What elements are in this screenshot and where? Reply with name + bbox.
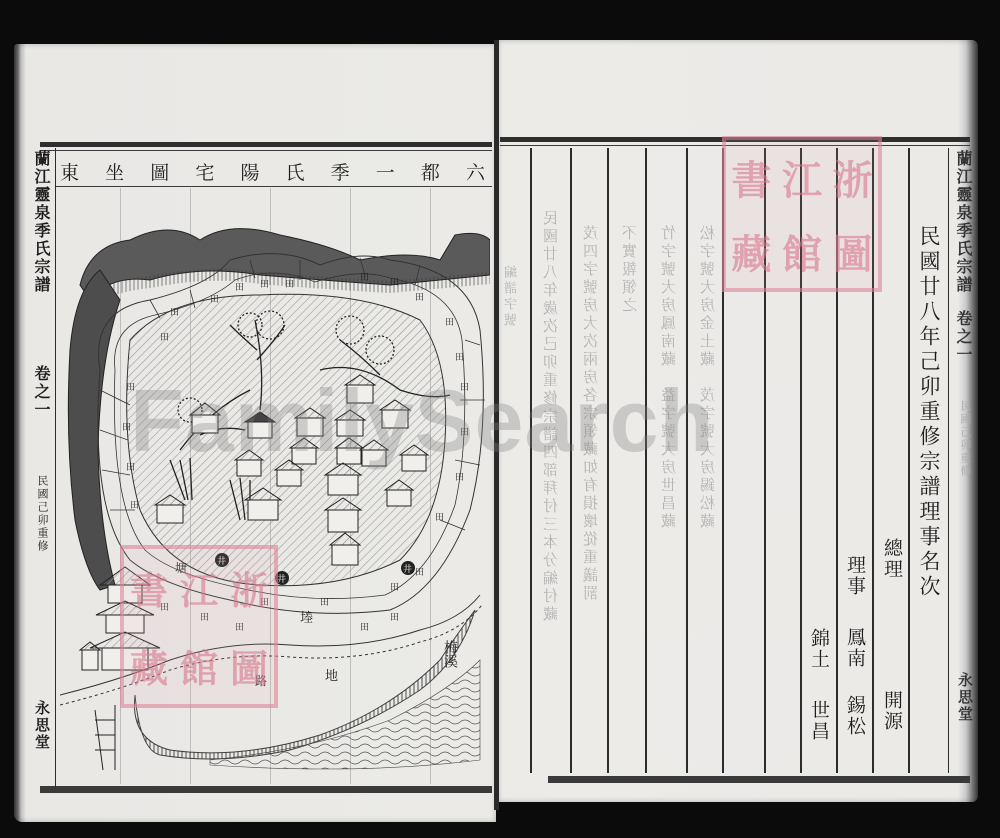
road-label: 堘 [300,611,313,626]
heading-char: 陽 [240,158,259,185]
field-icon: 田 [435,512,444,523]
field-icon: 田 [390,612,399,623]
left-margin-line [55,148,56,788]
right-margin-hall: 永思堂 [955,672,976,723]
heading-char: 一 [376,158,395,185]
field-icon: 田 [415,567,424,578]
river-label: 梅溪 [442,639,458,668]
left-margin-hall: 永思堂 [32,700,53,751]
right-margin-line [948,148,949,773]
column-line [908,148,910,773]
left-top-rule [40,150,492,151]
library-seal-left: 書 江 浙 藏 館 圖 [120,545,278,708]
left-hill [68,270,120,590]
field-icon: 田 [170,307,179,318]
person-name: 開源 [879,690,906,732]
map-heading: 六 都 一 季 氏 陽 宅 圖 坐 東 [60,158,485,185]
right-margin-title: 蘭江靈泉季氏宗譜 [952,150,975,294]
heading-char: 六 [466,158,485,185]
roster-heading: 民國廿八年己卯重修宗譜理事名次 [914,225,944,600]
person-name: 錦土 [806,628,833,670]
field-icon: 田 [415,292,424,303]
person-name: 錫松 [842,695,869,737]
library-seal-right: 書 江 浙 藏 館 圖 [722,136,882,292]
right-margin-volume: 卷之一 [952,310,975,364]
land-label: 地 [325,668,338,684]
familysearch-watermark: FamilySearch [130,370,714,472]
gate-icon [95,705,115,770]
person-name: 鳳南 [842,627,869,669]
field-icon: 田 [285,279,294,290]
heading-char: 氏 [286,158,305,185]
svg-text:井: 井 [403,563,412,575]
field-icon: 田 [445,317,454,328]
bleed-through-text: 編譜字號 [503,265,522,329]
left-bottom-border [40,786,492,793]
field-icon: 田 [235,282,244,293]
field-icon: 田 [210,294,219,305]
field-icon: 田 [320,597,329,608]
field-icon: 田 [160,332,169,343]
field-icon: 田 [360,622,369,633]
heading-char: 圖 [150,158,169,185]
field-icon: 田 [360,272,369,283]
left-top-border [40,142,492,147]
right-margin-edition: 民國己卯重修 [957,400,973,478]
left-margin-edition: 民國己卯重修 [34,475,50,553]
field-icon: 田 [455,472,464,483]
right-bottom-border [548,776,970,783]
svg-text:井: 井 [277,573,286,585]
heading-char: 宅 [195,158,214,185]
left-margin-title: 蘭江靈泉季氏宗譜 [30,150,53,294]
field-icon: 田 [390,277,399,288]
field-icon: 田 [130,500,139,511]
field-icon: 田 [260,279,269,290]
field-icon: 田 [455,352,464,363]
bleed-through-text: 不實報領之 [619,225,640,315]
role-title-chief: 總理 [879,538,906,580]
heading-char: 東 [60,158,79,185]
heading-char: 都 [421,158,440,185]
field-icon: 田 [390,582,399,593]
heading-char: 坐 [105,158,124,185]
heading-char: 季 [331,158,350,185]
role-title-director: 理事 [842,555,869,597]
left-margin-volume: 卷之一 [30,365,53,419]
person-name: 世昌 [806,700,833,742]
left-heading-rule [55,186,492,187]
